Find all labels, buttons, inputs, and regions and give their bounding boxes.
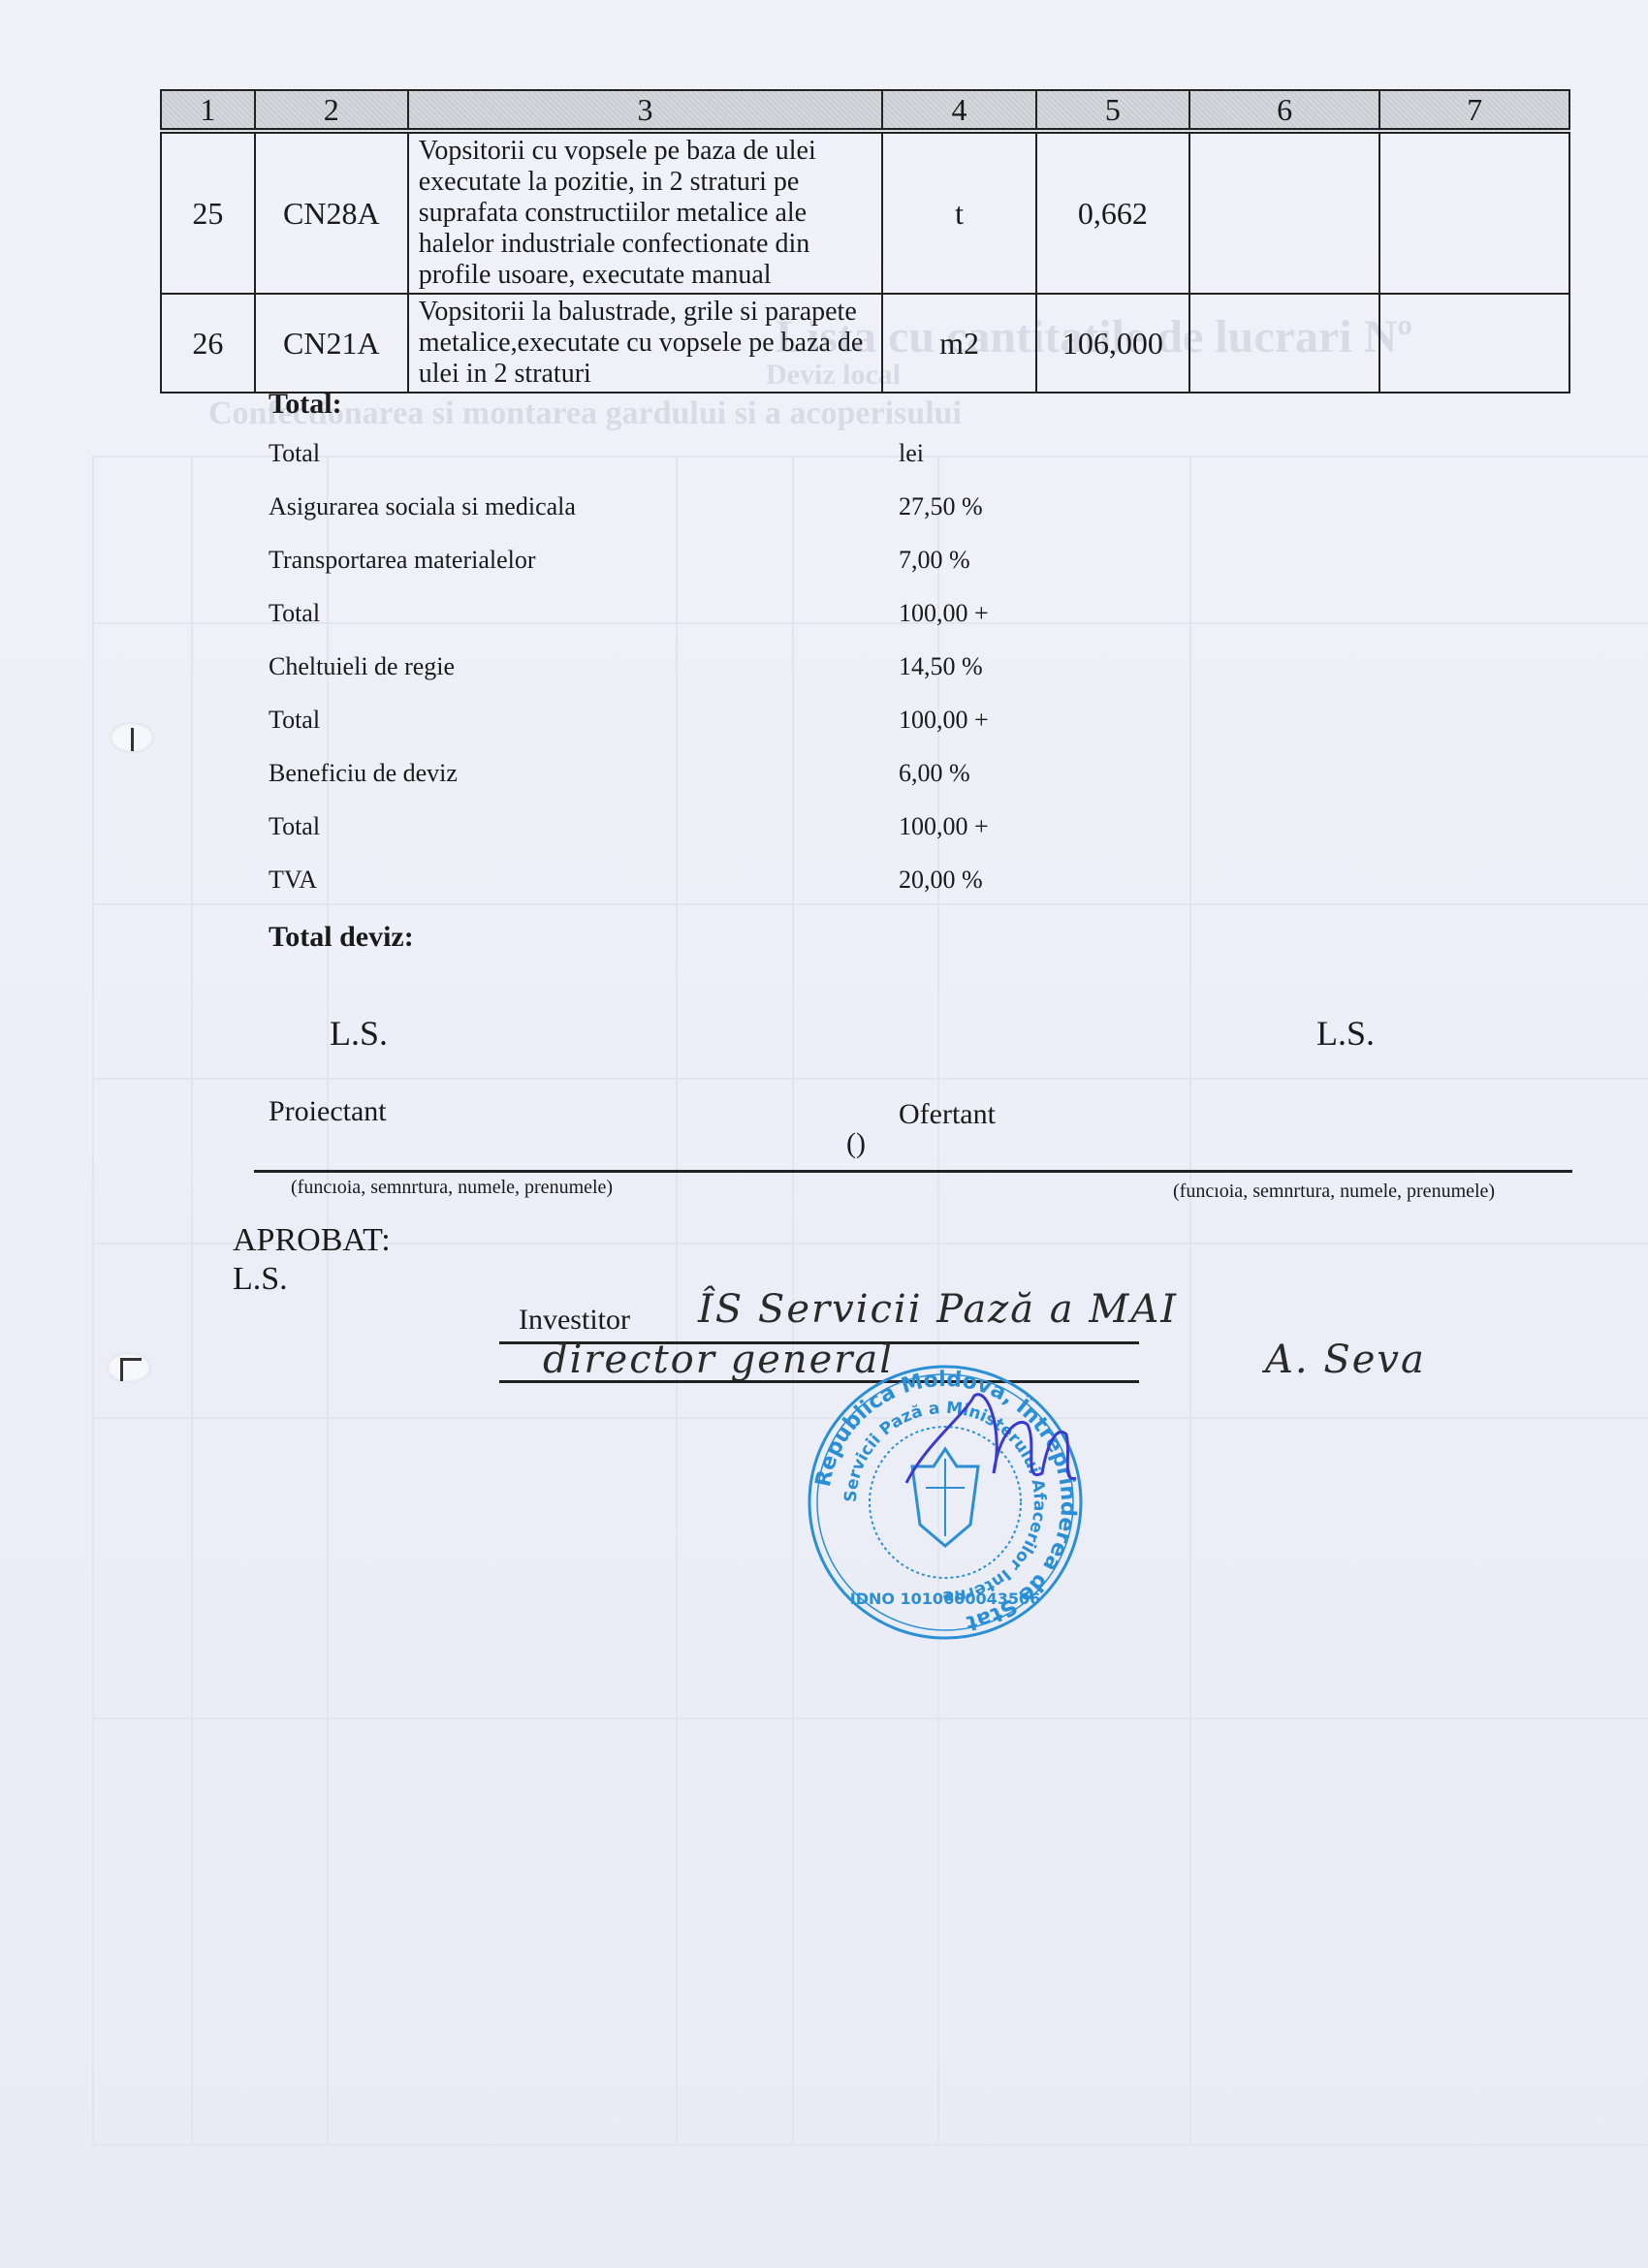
header-col-7: 7	[1379, 90, 1569, 131]
totals-row: Total100,00 +	[269, 693, 1141, 746]
row-description: Vopsitorii la balustrade, grile si parap…	[408, 294, 882, 393]
row-number: 26	[161, 294, 255, 393]
totals-heading: Total:	[269, 388, 1141, 421]
totals-row: TVA20,00 %	[269, 853, 1141, 906]
row-code: CN21A	[255, 294, 408, 393]
totals-value: lei	[899, 439, 1141, 468]
row-quantity: 0,662	[1036, 131, 1189, 294]
row-unit: m2	[882, 294, 1036, 393]
totals-row: Transportarea materialelor7,00 %	[269, 533, 1141, 586]
header-col-5: 5	[1036, 90, 1189, 131]
seal-placeholder-right: L.S.	[1316, 1013, 1375, 1054]
totals-row: Total100,00 +	[269, 800, 1141, 853]
totals-row: Asigurarea sociala si medicala27,50 %	[269, 480, 1141, 533]
row-col7	[1379, 294, 1569, 393]
totals-value: 100,00 +	[899, 599, 1141, 628]
totals-row: Cheltuieli de regie14,50 %	[269, 640, 1141, 693]
stamp-idno: IDNO 1010600043506	[850, 1590, 1041, 1608]
totals-row: Beneficiu de deviz6,00 %	[269, 746, 1141, 800]
header-col-2: 2	[255, 90, 408, 131]
header-col-6: 6	[1189, 90, 1380, 131]
totals-label: Cheltuieli de regie	[269, 652, 899, 681]
totals-value: 6,00 %	[899, 759, 1141, 788]
row-unit: t	[882, 131, 1036, 294]
totals-value: 14,50 %	[899, 652, 1141, 681]
table-row: 25 CN28A Vopsitorii cu vopsele pe baza d…	[161, 131, 1569, 294]
row-description: Vopsitorii cu vopsele pe baza de ulei ex…	[408, 131, 882, 294]
row-code: CN28A	[255, 131, 408, 294]
totals-label: Transportarea materialelor	[269, 546, 899, 575]
document-page: Lista cu cantitatile de lucrari Nº Deviz…	[0, 0, 1648, 2268]
totals-label: Total	[269, 706, 899, 735]
ofertant-name-placeholder: ()	[846, 1127, 866, 1160]
punch-hole-top	[110, 722, 154, 753]
seal-placeholder-left: L.S.	[330, 1013, 388, 1054]
header-col-3: 3	[408, 90, 882, 131]
table-row: 26 CN21A Vopsitorii la balustrade, grile…	[161, 294, 1569, 393]
official-stamp-icon: Republica Moldova, Întreprinderea de Sta…	[800, 1357, 1091, 1648]
totals-label: TVA	[269, 866, 899, 895]
approval-seal-placeholder: L.S.	[233, 1260, 391, 1299]
row-col6	[1189, 131, 1380, 294]
proiectant-label: Proiectant	[269, 1095, 387, 1128]
totals-label: Total	[269, 812, 899, 841]
totals-row: Totallei	[269, 426, 1141, 480]
row-quantity: 106,000	[1036, 294, 1189, 393]
row-number: 25	[161, 131, 255, 294]
approval-block: APROBAT: L.S.	[233, 1221, 391, 1299]
investitor-label: Investitor	[519, 1304, 630, 1337]
row-col7	[1379, 131, 1569, 294]
row-col6	[1189, 294, 1380, 393]
signature-caption-left: (funcıoia, semnrtura, numele, prenumele)	[291, 1177, 613, 1199]
ofertant-label: Ofertant	[899, 1098, 996, 1131]
work-items-table: 1 2 3 4 5 6 7 25 CN28A Vopsitorii cu vop…	[160, 89, 1570, 394]
totals-label: Total	[269, 439, 899, 468]
totals-label: Total	[269, 599, 899, 628]
totals-value: 100,00 +	[899, 812, 1141, 841]
aprobat-label: APROBAT:	[233, 1221, 391, 1260]
totals-row: Total100,00 +	[269, 586, 1141, 640]
totals-section: Total: Totallei Asigurarea sociala si me…	[269, 388, 1141, 906]
punch-hole-bottom	[107, 1352, 151, 1383]
handwritten-organization: ÎS Servicii Pază a MAI	[698, 1287, 1178, 1332]
handwritten-name: A. Seva	[1265, 1338, 1426, 1382]
totals-label: Asigurarea sociala si medicala	[269, 492, 899, 521]
totals-value: 27,50 %	[899, 492, 1141, 521]
totals-value: 100,00 +	[899, 706, 1141, 735]
header-col-4: 4	[882, 90, 1036, 131]
table-header-row: 1 2 3 4 5 6 7	[161, 90, 1569, 131]
totals-value: 20,00 %	[899, 866, 1141, 895]
total-deviz-heading: Total deviz:	[269, 921, 414, 954]
signature-line	[254, 1170, 1572, 1173]
totals-value: 7,00 %	[899, 546, 1141, 575]
signature-caption-right: (funcıoia, semnrtura, numele, prenumele)	[1173, 1181, 1495, 1203]
header-col-1: 1	[161, 90, 255, 131]
totals-label: Beneficiu de deviz	[269, 759, 899, 788]
